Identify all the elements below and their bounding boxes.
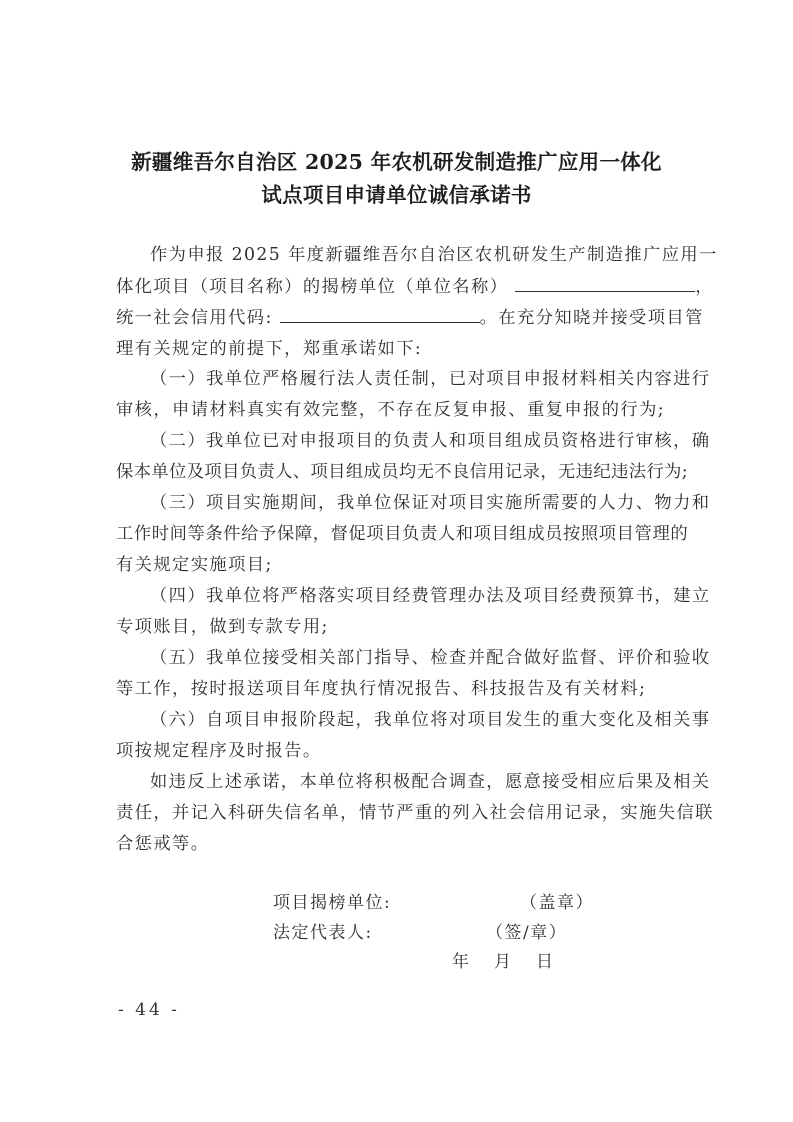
signature-date: 年 月 日 bbox=[452, 947, 557, 972]
intro-line2-text: 体化项目（项目名称）的揭榜单位（单位名称） bbox=[116, 277, 508, 297]
closing-line1: 如违反上述承诺，本单位将积极配合调查，愿意接受相应后果及相关 bbox=[150, 767, 710, 792]
intro-line1: 作为申报 2025 年度新疆维吾尔自治区农机研发生产制造推广应用一 bbox=[150, 240, 718, 265]
signing-unit-label: 项目揭榜单位: bbox=[273, 888, 391, 913]
intro-line3-text: 。在充分知晓并接受项目管 bbox=[480, 308, 704, 328]
commitment-3-line3: 有关规定实施项目; bbox=[116, 550, 273, 575]
intro-line3: 统一社会信用代码: 。在充分知晓并接受项目管 bbox=[116, 303, 704, 328]
commitment-4-line2: 专项账目，做到专款专用; bbox=[116, 612, 329, 637]
commitment-5-line2: 等工作，按时报送项目年度执行情况报告、科技报告及有关材料; bbox=[116, 674, 646, 699]
commitment-2-line2: 保本单位及项目负责人、项目组成员均无不良信用记录，无违纪违法行为; bbox=[116, 457, 688, 482]
commitment-6-line2: 项按规定程序及时报告。 bbox=[116, 736, 322, 761]
credit-code-blank[interactable] bbox=[280, 306, 480, 323]
intro-line4: 理有关规定的前提下，郑重承诺如下: bbox=[116, 334, 422, 359]
commitment-3-line2: 工作时间等条件给予保障，督促项目负责人和项目组成员按照项目管理的 bbox=[116, 519, 688, 544]
commitment-4-line1: （四）我单位将严格落实项目经费管理办法及项目经费预算书，建立 bbox=[150, 581, 710, 606]
closing-line2: 责任，并记入科研失信名单，情节严重的列入社会信用记录，实施失信联 bbox=[116, 798, 714, 823]
commitment-2-line1: （二）我单位已对申报项目的负责人和项目组成员资格进行审核，确 bbox=[150, 426, 710, 451]
legal-rep-label: 法定代表人: bbox=[273, 918, 373, 943]
document-title-line1: 新疆维吾尔自治区 2025 年农机研发制造推广应用一体化 bbox=[0, 145, 793, 175]
legal-rep-seal: （签/章） bbox=[486, 918, 567, 943]
intro-comma: ， bbox=[695, 277, 714, 297]
page-number: - 44 - bbox=[118, 1000, 180, 1020]
commitment-1-line2: 审核，申请材料真实有效完整，不存在反复申报、重复申报的行为; bbox=[116, 395, 665, 420]
signing-unit-seal: （盖章） bbox=[520, 888, 594, 913]
document-title-line2: 试点项目申请单位诚信承诺书 bbox=[0, 178, 793, 208]
credit-code-label: 统一社会信用代码: bbox=[116, 308, 273, 328]
commitment-6-line1: （六）自项目申报阶段起，我单位将对项目发生的重大变化及相关事 bbox=[150, 705, 710, 730]
closing-line3: 合惩戒等。 bbox=[116, 829, 209, 854]
commitment-5-line1: （五）我单位接受相关部门指导、检查并配合做好监督、评价和验收 bbox=[150, 643, 710, 668]
commitment-3-line1: （三）项目实施期间，我单位保证对项目实施所需要的人力、物力和 bbox=[150, 488, 710, 513]
intro-line2: 体化项目（项目名称）的揭榜单位（单位名称） ， bbox=[116, 272, 714, 297]
commitment-1-line1: （一）我单位严格履行法人责任制，已对项目申报材料相关内容进行 bbox=[150, 364, 710, 389]
unit-name-blank[interactable] bbox=[515, 275, 695, 292]
